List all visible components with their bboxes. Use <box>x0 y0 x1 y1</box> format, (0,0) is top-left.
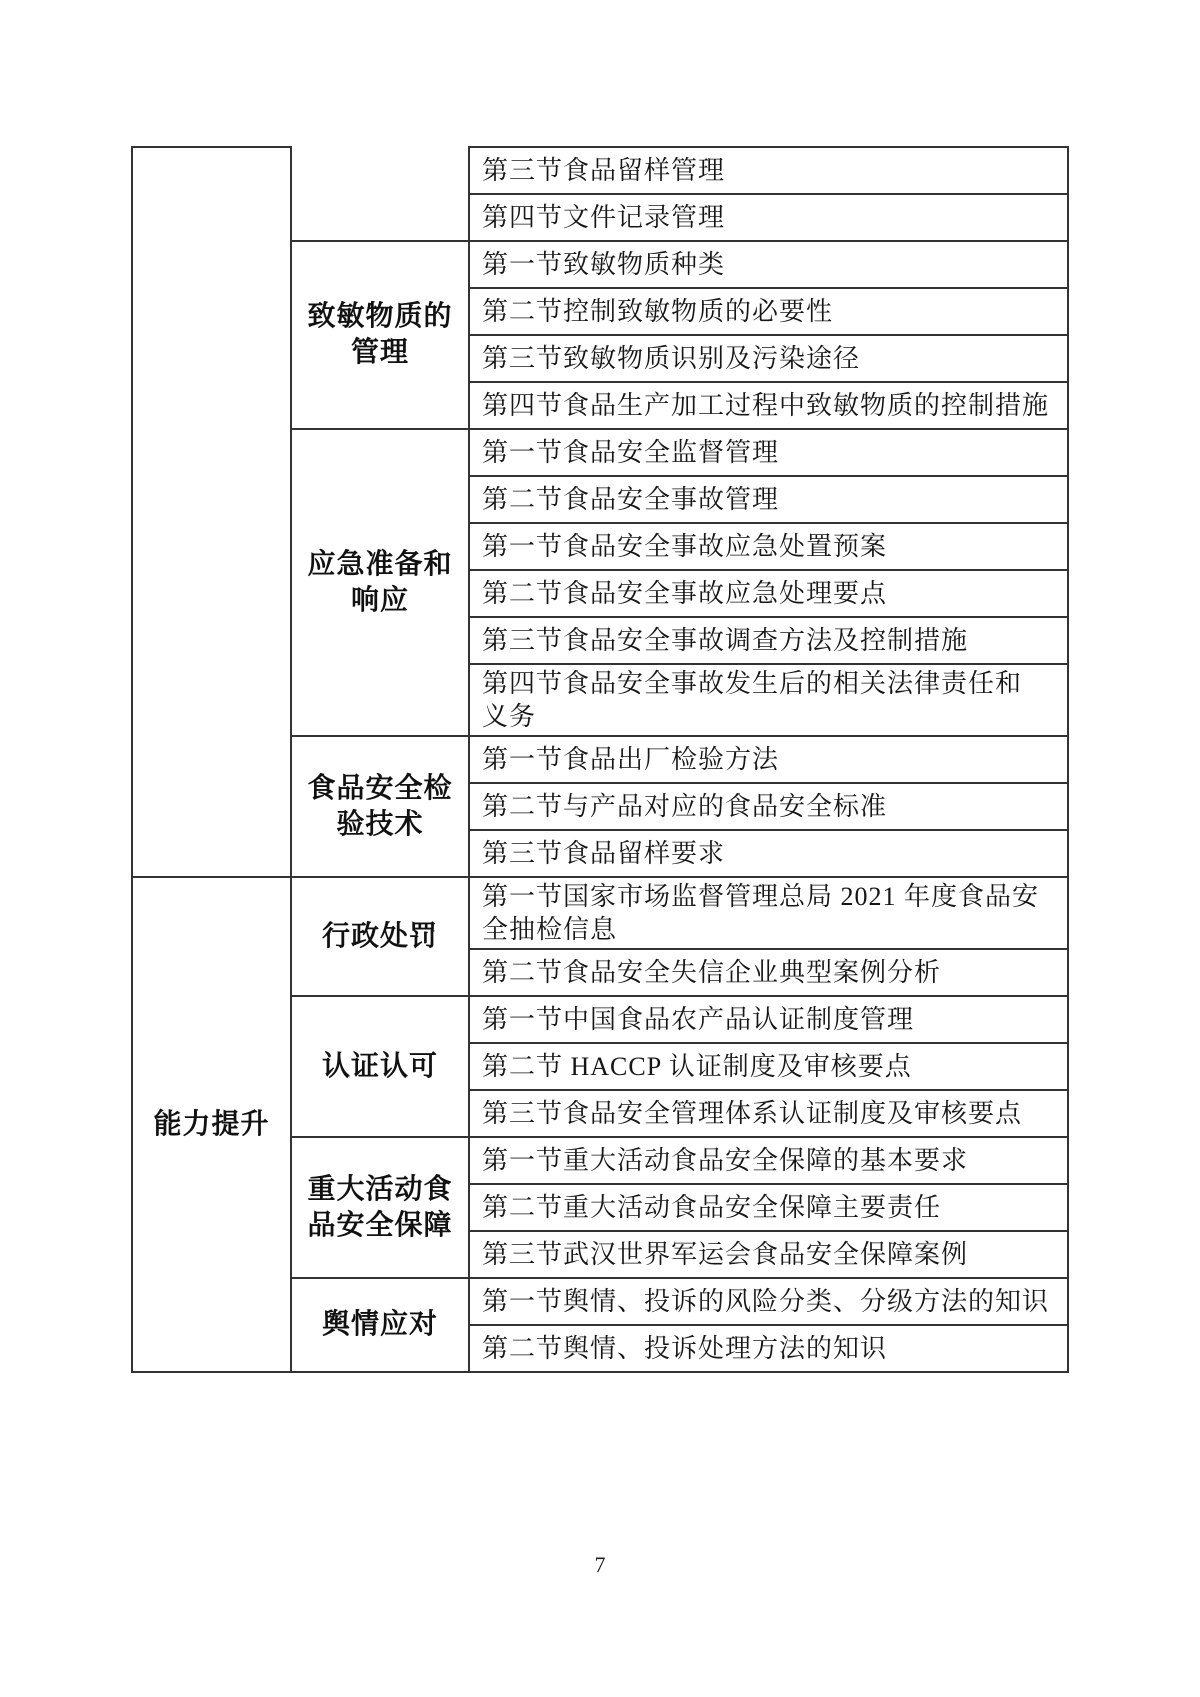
section-cell: 第二节 HACCP 认证制度及审核要点 <box>469 1043 1068 1090</box>
category-cell <box>132 147 291 877</box>
section-cell: 第二节控制致敏物质的必要性 <box>469 288 1068 335</box>
section-cell: 第一节食品出厂检验方法 <box>469 736 1068 783</box>
section-cell: 第三节食品留样要求 <box>469 830 1068 877</box>
category-cell: 能力提升 <box>132 877 291 1372</box>
section-cell: 第一节食品安全事故应急处置预案 <box>469 523 1068 570</box>
section-cell: 第四节食品安全事故发生后的相关法律责任和 义务 <box>469 664 1068 736</box>
section-cell: 第三节食品安全事故调查方法及控制措施 <box>469 617 1068 664</box>
section-cell: 第一节国家市场监督管理总局 2021 年度食品安 全抽检信息 <box>469 877 1068 949</box>
section-cell: 第一节食品安全监督管理 <box>469 429 1068 476</box>
section-cell: 第一节致敏物质种类 <box>469 241 1068 288</box>
section-cell: 第一节舆情、投诉的风险分类、分级方法的知识 <box>469 1278 1068 1325</box>
section-cell: 第二节与产品对应的食品安全标准 <box>469 783 1068 830</box>
module-cell <box>291 147 469 241</box>
section-cell: 第三节武汉世界军运会食品安全保障案例 <box>469 1231 1068 1278</box>
module-cell: 舆情应对 <box>291 1278 469 1372</box>
table-row: 第三节食品留样管理 <box>132 147 1068 194</box>
section-cell: 第三节食品留样管理 <box>469 147 1068 194</box>
section-cell: 第二节食品安全失信企业典型案例分析 <box>469 949 1068 996</box>
module-cell: 重大活动食 品安全保障 <box>291 1137 469 1278</box>
module-cell: 认证认可 <box>291 996 469 1137</box>
module-cell: 食品安全检 验技术 <box>291 736 469 877</box>
document-page: 第三节食品留样管理第四节文件记录管理致敏物质的 管理第一节致敏物质种类第二节控制… <box>0 0 1200 1697</box>
module-cell: 行政处罚 <box>291 877 469 996</box>
section-cell: 第三节食品安全管理体系认证制度及审核要点 <box>469 1090 1068 1137</box>
section-cell: 第二节食品安全事故管理 <box>469 476 1068 523</box>
section-cell: 第一节中国食品农产品认证制度管理 <box>469 996 1068 1043</box>
module-cell: 应急准备和 响应 <box>291 429 469 736</box>
section-cell: 第四节文件记录管理 <box>469 194 1068 241</box>
section-cell: 第二节重大活动食品安全保障主要责任 <box>469 1184 1068 1231</box>
module-cell: 致敏物质的 管理 <box>291 241 469 429</box>
page-number: 7 <box>0 1552 1200 1578</box>
section-cell: 第三节致敏物质识别及污染途径 <box>469 335 1068 382</box>
section-cell: 第二节食品安全事故应急处理要点 <box>469 570 1068 617</box>
table-row: 能力提升行政处罚第一节国家市场监督管理总局 2021 年度食品安 全抽检信息 <box>132 877 1068 949</box>
curriculum-table-body: 第三节食品留样管理第四节文件记录管理致敏物质的 管理第一节致敏物质种类第二节控制… <box>132 147 1068 1372</box>
section-cell: 第二节舆情、投诉处理方法的知识 <box>469 1325 1068 1372</box>
section-cell: 第一节重大活动食品安全保障的基本要求 <box>469 1137 1068 1184</box>
curriculum-table: 第三节食品留样管理第四节文件记录管理致敏物质的 管理第一节致敏物质种类第二节控制… <box>131 146 1069 1373</box>
section-cell: 第四节食品生产加工过程中致敏物质的控制措施 <box>469 382 1068 429</box>
